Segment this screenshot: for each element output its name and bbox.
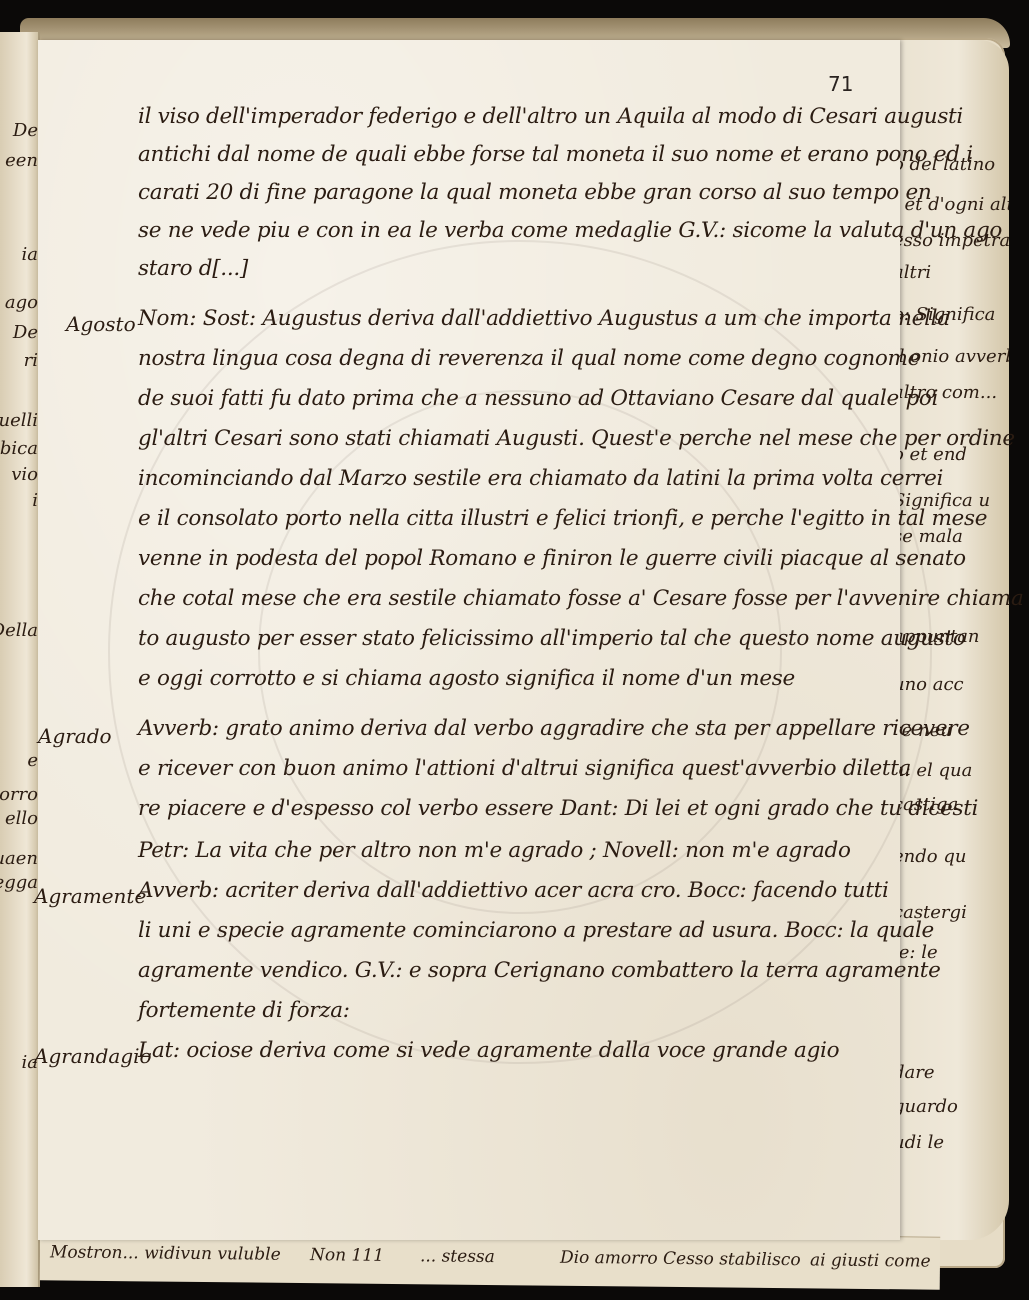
left-page-fragment: orro [0, 784, 38, 805]
text-line: il viso dell'imperador federigo e dell'a… [138, 104, 963, 129]
margin-headword: Agramente [34, 884, 146, 908]
text-line: gl'altri Cesari sono stati chiamati Augu… [138, 426, 1015, 451]
left-page-fragment: e [27, 750, 38, 771]
bottom-strip-fragment: ai giusti come [810, 1250, 931, 1271]
left-page-fragment: ri [24, 350, 38, 371]
text-line: se ne vede piu e con in ea le verba come… [138, 218, 1002, 243]
left-page-fragment: uaen [0, 848, 38, 869]
left-page-fragment: een [5, 150, 38, 171]
left-page-fragment: ia [22, 244, 39, 265]
text-line: Avverb: grato animo deriva dal verbo agg… [138, 716, 970, 741]
text-line: agramente vendico. G.V.: e sopra Cerigna… [138, 958, 941, 983]
text-line: Lat: ociose deriva come si vede agrament… [138, 1038, 839, 1063]
right-page-fragment: guardo [893, 1096, 958, 1117]
left-page-fragment: ello [5, 808, 38, 829]
left-facing-page: DeeeniaagoDeriruellibicavioiDellaeorroel… [0, 32, 40, 1287]
left-page-fragment: De [13, 120, 38, 141]
bottom-strip-fragment: ... stessa [420, 1246, 495, 1267]
right-page-fragment: endo qu [893, 846, 966, 867]
text-line: e oggi corrotto e si chiama agosto signi… [138, 666, 795, 691]
text-line: re piacere e d'espesso col verbo essere … [138, 796, 978, 821]
text-line: e ricever con buon animo l'attioni d'alt… [138, 756, 911, 781]
text-line: antichi dal nome de quali ebbe forse tal… [138, 142, 973, 167]
left-page-fragment: ruelli [0, 410, 38, 431]
bottom-strip-fragment: Dio amorro Cesso stabilisco [560, 1248, 801, 1271]
bottom-strip-fragment: Non 111 [310, 1245, 384, 1266]
left-page-fragment: egga [0, 872, 38, 893]
text-line: incominciando dal Marzo sestile era chia… [138, 466, 943, 491]
text-line: nostra lingua cosa degna di reverenza il… [138, 346, 920, 371]
text-line: to augusto per esser stato felicissimo a… [138, 626, 966, 651]
text-line: Petr: La vita che per altro non m'e agra… [138, 838, 851, 863]
left-page-fragment: Della [0, 620, 38, 641]
text-line: carati 20 di fine paragone la qual monet… [138, 180, 931, 205]
text-line: venne in podesta del popol Romano e fini… [138, 546, 966, 571]
left-page-fragment: De [13, 322, 38, 343]
margin-headword: Agosto [66, 312, 136, 336]
right-page-fragment: udi le [893, 1132, 944, 1153]
text-line: Avverb: acriter deriva dall'addiettivo a… [138, 878, 889, 903]
text-line: staro d[...] [138, 256, 248, 281]
text-line: Nom: Sost: Augustus deriva dall'addietti… [138, 306, 950, 331]
text-line: che cotal mese che era sestile chiamato … [138, 586, 1024, 611]
left-page-fragment: ago [5, 292, 38, 313]
text-line: de suoi fatti fu dato prima che a nessun… [138, 386, 938, 411]
left-page-fragment: vio [11, 464, 38, 485]
left-page-fragment: bica [0, 438, 38, 459]
text-line: fortemente di forza: [138, 998, 350, 1023]
text-line: li uni e specie agramente cominciarono a… [138, 918, 934, 943]
text-line: e il consolato porto nella citta illustr… [138, 506, 987, 531]
margin-headword: Agrandagio [34, 1044, 152, 1068]
bottom-strip-fragment: Mostron... widivun vuluble [50, 1242, 281, 1264]
page-number: 71 [828, 72, 853, 96]
manuscript-page: 71 il viso dell'imperador federigo e del… [38, 40, 900, 1240]
margin-headword: Agrado [38, 724, 112, 748]
